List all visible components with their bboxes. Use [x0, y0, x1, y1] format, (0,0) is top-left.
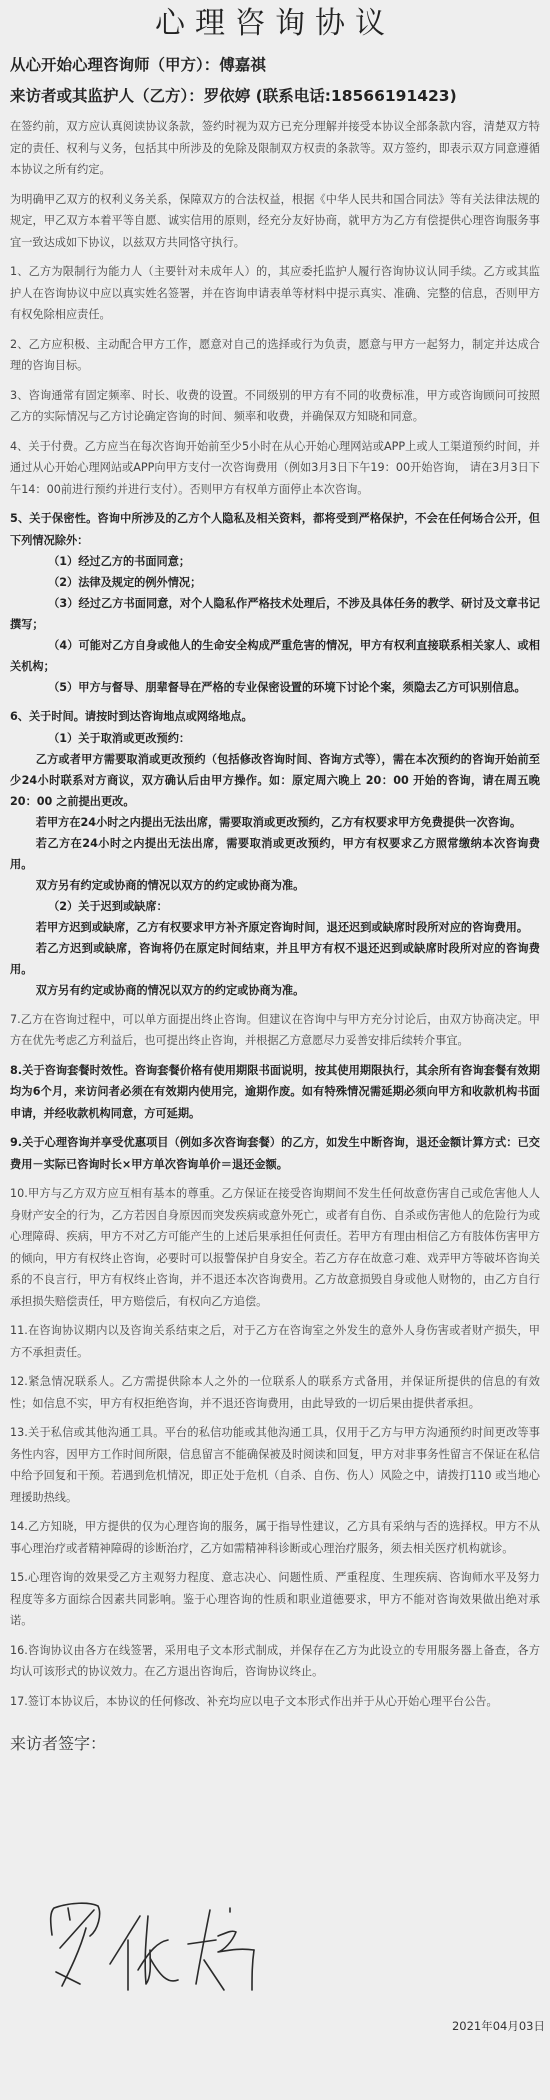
clause-12: 12.紧急情况联系人。乙方需提供除本人之外的一位联系人的联系方式备用，并保证所提…	[10, 1371, 540, 1414]
clause-5-lead: 5、关于保密性。咨询中所涉及的乙方个人隐私及相关资料，都将受到严格保护，不会在任…	[10, 508, 540, 551]
clause-17: 17.签订本协议后，本协议的任何修改、补充均应以电子文本形式作出并于从心开始心理…	[10, 1691, 540, 1713]
party-b-line: 来访者或其监护人（乙方）：罗依婷 (联系电话:18566191423)	[10, 86, 540, 106]
clause-15: 15.心理咨询的效果受乙方主观努力程度、意志决心、问题性质、严重程度、生理疾病、…	[10, 1567, 540, 1632]
clause-6-sub2-para-3: 双方另有约定或协商的情况以双方的约定或协商为准。	[10, 980, 540, 1001]
clause-6-sub2-para-2: 若乙方迟到或缺席，咨询将仍在原定时间结束，并且甲方有权不退还迟到或缺席时段所对应…	[10, 938, 540, 980]
intro-paragraph-1: 在签约前，双方应认真阅读协议条款，签约时视为双方已充分理解并接受本协议全部条款内…	[10, 116, 540, 181]
clause-5-item-5: （5）甲方与督导、朋辈督导在严格的专业保密设置的环境下讨论个案，须隐去乙方可识别…	[10, 677, 540, 698]
clause-5-item-2: （2）法律及规定的例外情况；	[10, 572, 540, 593]
clause-6-sub1-para-2: 若甲方在24小时之内提出无法出席，需要取消或更改预约，乙方有权要求甲方免费提供一…	[10, 812, 540, 833]
clause-6-sub1-para-4: 双方另有约定或协商的情况以双方的约定或协商为准。	[10, 875, 540, 896]
clause-2: 2、乙方应积极、主动配合甲方工作，愿意对自己的选择或行为负责，愿意与甲方一起努力…	[10, 334, 540, 377]
party-a-line: 从心开始心理咨询师（甲方）：傅嘉祺	[10, 55, 540, 75]
clause-9: 9.关于心理咨询并享受优惠项目（例如多次咨询套餐）的乙方，如发生中断咨询，退还金…	[10, 1132, 540, 1175]
clause-6-sub1-para-3: 若乙方在24小时之内提出无法出席，需要取消或更改预约，甲方有权要求乙方照常缴纳本…	[10, 833, 540, 875]
clause-1: 1、乙方为限制行为能力人（主要针对未成年人）的，其应委托监护人履行咨询协议认同手…	[10, 261, 540, 326]
agreement-document: 心理咨询协议 从心开始心理咨询师（甲方）：傅嘉祺 来访者或其监护人（乙方）：罗依…	[0, 0, 550, 1754]
clause-11: 11.在咨询协议期内以及咨询关系结束之后，对于乙方在咨询室之外发生的意外人身伤害…	[10, 1320, 540, 1363]
clause-4: 4、关于付费。乙方应当在每次咨询开始前至少5小时在从心开始心理网站或APP上或人…	[10, 436, 540, 501]
clause-14: 14.乙方知晓，甲方提供的仅为心理咨询的服务，属于指导性建议，乙方具有采纳与否的…	[10, 1516, 540, 1559]
clause-6-sub2-title: （2）关于迟到或缺席：	[10, 896, 540, 917]
clause-6-sub1-para-1: 乙方或者甲方需要取消或更改预约（包括修改咨询时间、咨询方式等），需在本次预约的咨…	[10, 749, 540, 812]
clause-6-lead: 6、关于时间。请按时到达咨询地点或网络地点。	[10, 706, 540, 728]
clause-3: 3、咨询通常有固定频率、时长、收费的设置。不同级别的甲方有不同的收费标准，甲方或…	[10, 385, 540, 428]
handwritten-signature-image	[40, 1880, 280, 2000]
clause-16: 16.咨询协议由各方在线签署，采用电子文本形式制成，并保存在乙方为此设立的专用服…	[10, 1640, 540, 1683]
clause-5-item-3: （3）经过乙方书面同意，对个人隐私作严格技术处理后，不涉及具体任务的教学、研讨及…	[10, 593, 540, 635]
clause-6-sub1-title: （1）关于取消或更改预约：	[10, 728, 540, 749]
clause-10: 10.甲方与乙方双方应互相有基本的尊重。乙方保证在接受咨询期间不发生任何故意伤害…	[10, 1183, 540, 1312]
intro-paragraph-2: 为明确甲乙双方的权利义务关系，保障双方的合法权益，根据《中华人民共和国合同法》等…	[10, 189, 540, 254]
clause-7: 7.乙方在咨询过程中，可以单方面提出终止咨询。但建议在咨询中与甲方充分讨论后，由…	[10, 1009, 540, 1052]
page-title: 心理咨询协议	[10, 0, 540, 46]
clause-5-item-1: （1）经过乙方的书面同意；	[10, 551, 540, 572]
clause-13: 13.关于私信或其他沟通工具。平台的私信功能或其他沟通工具，仅用于乙方与甲方沟通…	[10, 1422, 540, 1508]
clause-8: 8.关于咨询套餐时效性。咨询套餐价格有使用期限书面说明，按其使用期限执行，其余所…	[10, 1060, 540, 1125]
clause-5-item-4: （4）可能对乙方自身或他人的生命安全构成严重危害的情况，甲方有权利直接联系相关家…	[10, 635, 540, 677]
clause-6-sub2-para-1: 若甲方迟到或缺席，乙方有权要求甲方补齐原定咨询时间，退还迟到或缺席时段所对应的咨…	[10, 917, 540, 938]
signature-date: 2021年04月03日	[452, 2018, 545, 2034]
signature-label: 来访者签字：	[10, 1734, 540, 1754]
